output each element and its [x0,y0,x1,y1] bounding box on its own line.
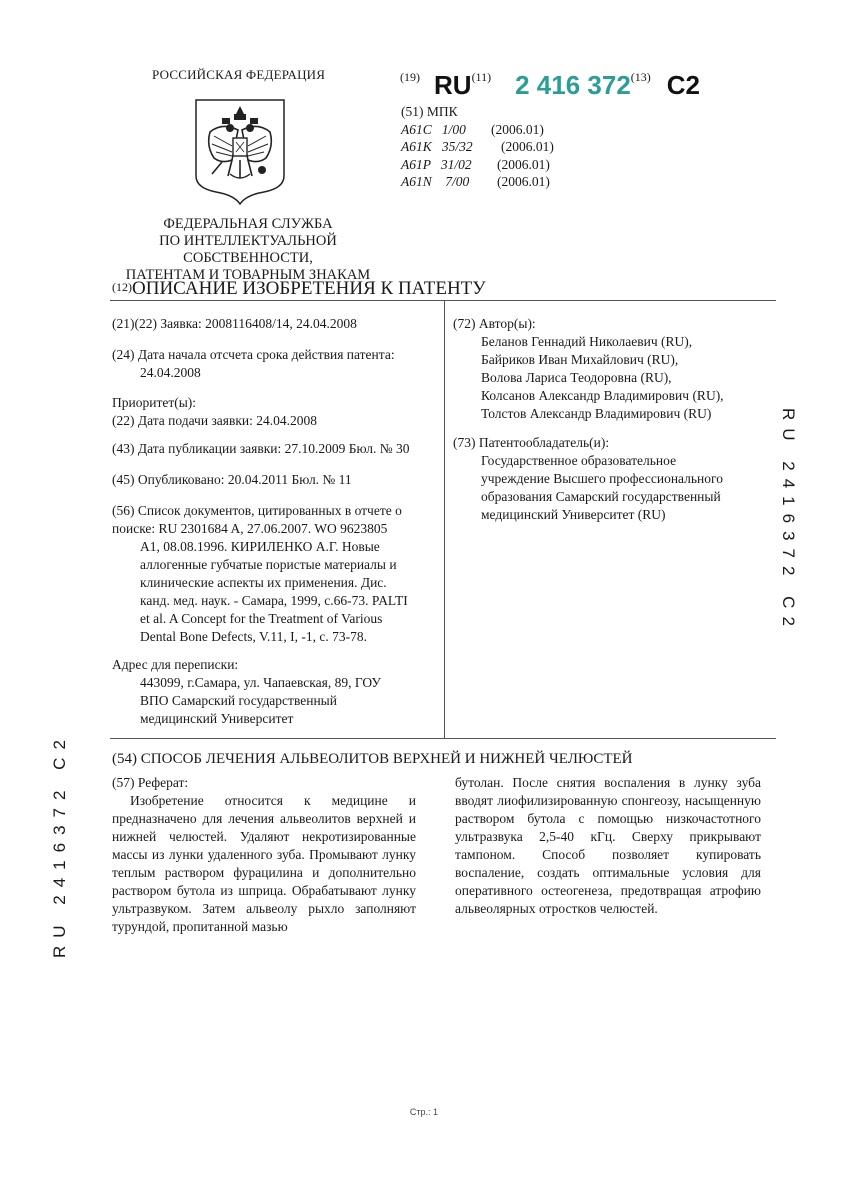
address-line: медицинский Университет [112,710,381,728]
ipc-entry: A61C 1/00 (2006.01) [401,121,554,139]
agency-line: ФЕДЕРАЛЬНАЯ СЛУЖБА [100,216,396,233]
term-start-value: 24.04.2008 [112,364,442,382]
citations-line: канд. мед. наук. - Самара, 1999, с.66-73… [112,592,444,610]
ipc-label: (51) МПК [401,103,554,121]
citations-line: аллогенные губчатые пористые материалы и [112,556,444,574]
ipc-class: A61K 35/32 [401,138,489,156]
ipc-class: A61C 1/00 [401,121,479,139]
citations-line: поиске: RU 2301684 A, 27.06.2007. WO 962… [112,520,444,538]
kind-code: C2 [667,70,700,100]
holder-label: (73) Патентообладатель(и): [453,434,723,452]
author: Волова Лариса Теодоровна (RU), [453,369,724,387]
application-publication-field: (43) Дата публикации заявки: 27.10.2009 … [112,440,410,458]
column-divider [444,300,445,738]
citations-line: клинические аспекты их применения. Дис. [112,574,444,592]
ipc-entry: A61P 31/02 (2006.01) [401,156,554,174]
inid-code-19: (19) [400,70,420,84]
application-field: (21)(22) Заявка: 2008116408/14, 24.04.20… [112,315,357,333]
russian-coat-of-arms-icon [192,96,288,208]
priority-field: Приоритет(ы): (22) Дата подачи заявки: 2… [112,394,317,430]
ipc-classification: (51) МПК A61C 1/00 (2006.01) A61K 35/32 … [401,103,554,191]
citations-line: A1, 08.08.1996. КИРИЛЕНКО А.Г. Новые [112,538,444,556]
agency-line: ПО ИНТЕЛЛЕКТУАЛЬНОЙ СОБСТВЕННОСТИ, [100,233,396,267]
authors-label: (72) Автор(ы): [453,315,724,333]
published-field: (45) Опубликовано: 20.04.2011 Бюл. № 11 [112,471,352,489]
ipc-version: (2006.01) [497,156,550,174]
author: Толстов Александр Владимирович (RU) [453,405,724,423]
citations-line: (56) Список документов, цитированных в о… [112,502,444,520]
term-start-label: (24) Дата начала отсчета срока действия … [112,346,442,364]
abstract-left-column: Изобретение относится к медицине и предн… [112,792,416,936]
page-number: Стр.: 1 [0,1107,848,1117]
correspondence-address: Адрес для переписки: 443099, г.Самара, у… [112,656,381,728]
side-publication-code-right: RU 2416372 C2 [778,408,798,634]
bibliographic-divider [110,738,776,739]
ipc-version: (2006.01) [501,138,554,156]
holder-line: Государственное образовательное [453,452,723,470]
author: Беланов Геннадий Николаевич (RU), [453,333,724,351]
priority-label: Приоритет(ы): [112,394,317,412]
ipc-class: A61P 31/02 [401,156,485,174]
filing-date: (22) Дата подачи заявки: 24.04.2008 [112,412,317,430]
invention-title: (54) СПОСОБ ЛЕЧЕНИЯ АЛЬВЕОЛИТОВ ВЕРХНЕЙ … [112,751,632,768]
abstract-right-column: бутолан. После снятия воспаления в лунку… [455,774,761,918]
patent-holder-field: (73) Патентообладатель(и): Государственн… [453,434,723,524]
holder-line: учреждение Высшего профессионального [453,470,723,488]
country-name: РОССИЙСКАЯ ФЕДЕРАЦИЯ [152,67,325,83]
address-line: 443099, г.Самара, ул. Чапаевская, 89, ГО… [112,674,381,692]
citations-field: (56) Список документов, цитированных в о… [112,502,444,646]
ipc-entry: A61K 35/32 (2006.01) [401,138,554,156]
holder-line: образования Самарский государственный [453,488,723,506]
address-line: ВПО Самарский государственный [112,692,381,710]
holder-line: медицинский Университет (RU) [453,506,723,524]
author: Колсанов Александр Владимирович (RU), [453,387,724,405]
ipc-entry: A61N 7/00 (2006.01) [401,173,554,191]
side-publication-code-left: RU 2416372 C2 [50,732,70,958]
term-start-field: (24) Дата начала отсчета срока действия … [112,346,442,382]
ipc-class: A61N 7/00 [401,173,485,191]
ipc-version: (2006.01) [491,121,544,139]
title-divider [110,300,776,301]
abstract-label: (57) Реферат: [112,774,188,792]
author: Байриков Иван Михайлович (RU), [453,351,724,369]
inid-code-13: (13) [631,70,651,84]
patent-number: 2 416 372 [515,70,631,100]
citations-line: et al. A Concept for the Treatment of Va… [112,610,444,628]
agency-name: ФЕДЕРАЛЬНАЯ СЛУЖБА ПО ИНТЕЛЛЕКТУАЛЬНОЙ С… [100,216,396,284]
country-code: RU [434,70,472,100]
ipc-version: (2006.01) [497,173,550,191]
address-label: Адрес для переписки: [112,656,381,674]
authors-field: (72) Автор(ы): Беланов Геннадий Николаев… [453,315,724,423]
document-title-text: ОПИСАНИЕ ИЗОБРЕТЕНИЯ К ПАТЕНТУ [132,278,486,299]
document-title: (12)ОПИСАНИЕ ИЗОБРЕТЕНИЯ К ПАТЕНТУ [112,278,486,300]
inid-code-12: (12) [112,280,132,294]
citations-line: Dental Bone Defects, V.11, I, -1, с. 73-… [112,628,444,646]
inid-code-11: (11) [472,70,492,84]
publication-number: (19) RU(11) 2 416 372(13) C2 [400,70,700,101]
